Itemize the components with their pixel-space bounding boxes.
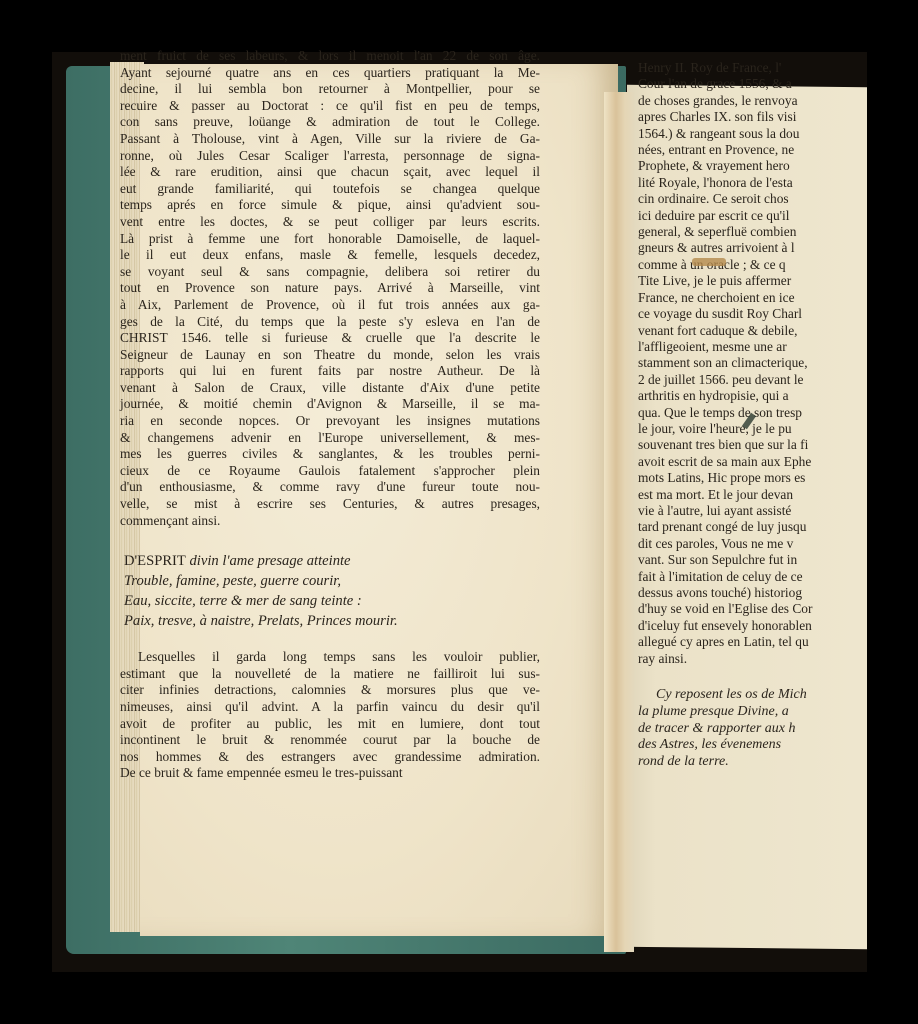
text-line: d'un enthousiasme, & comme ravy d'une fu… xyxy=(120,479,540,496)
quatrain: D'ESPRIT divin l'ame presage atteinte Tr… xyxy=(120,551,540,631)
verse-line: D'ESPRIT divin l'ame presage atteinte xyxy=(124,551,540,571)
text-line: CHRIST 1546. telle si furieuse & cruelle… xyxy=(120,330,540,347)
text-line: dessus avons touché) historiog xyxy=(638,585,868,601)
text-line: cieux de ce Royaume Gaulois fatalement s… xyxy=(120,463,540,480)
epitaph-line: rond de la terre. xyxy=(638,754,868,771)
text-line: Cour l'an de grace 1556, & a xyxy=(638,76,868,92)
text-line: Tite Live, je le puis affermer xyxy=(638,273,868,289)
text-line: decine, il lui sembla bon retourner à Mo… xyxy=(120,81,540,98)
verse-line: Eau, siccite, terre & mer de sang teinte… xyxy=(124,591,540,611)
text-line: nimeuses, ainsi qu'il advint. A la parfi… xyxy=(120,699,540,716)
paper-stain xyxy=(692,258,726,266)
text-line: ray ainsi. xyxy=(638,651,868,667)
verse-initial: D'ESPRIT xyxy=(124,553,186,569)
text-line: ronne, où Jules Cesar Scaliger l'arresta… xyxy=(120,148,540,165)
text-line: citer infinies detractions, calomnies & … xyxy=(120,682,540,699)
text-line: l'affligeoient, mesme une ar xyxy=(638,339,868,355)
text-line: nos hommes & des estrangers avec grandes… xyxy=(120,749,540,766)
verse-text: divin l'ame presage atteinte xyxy=(189,553,350,569)
text-line: venant à Salon de Craux, ville distante … xyxy=(120,380,540,397)
text-line: stamment son an climacterique, xyxy=(638,355,868,371)
left-paragraph: ment fruict de ses labeurs, & lors il me… xyxy=(120,48,540,529)
text-line: à Aix, Parlement de Provence, où il fut … xyxy=(120,297,540,314)
book-gutter xyxy=(604,92,634,952)
text-line: ce voyage du susdit Roy Charl xyxy=(638,306,868,322)
text-line: venant fort caduque & debile, xyxy=(638,323,868,339)
text-line: d'huy se void en l'Eglise des Cor xyxy=(638,601,868,617)
text-line: Henry II. Roy de France, l' xyxy=(638,60,868,76)
text-line: dit ces paroles, Vous ne me v xyxy=(638,536,868,552)
text-line: de choses grandes, le renvoya xyxy=(638,93,868,109)
epitaph-line: la plume presque Divine, a xyxy=(638,704,868,721)
text-line: fait à l'imitation de celuy de ce xyxy=(638,569,868,585)
text-line: tard prenant congé de luy jusqu xyxy=(638,519,868,535)
text-line: incontinent le bruit & renommée courut p… xyxy=(120,732,540,749)
text-line: Ayant sejourné quatre ans en ces quartie… xyxy=(120,65,540,82)
text-line: vant. Sur son Sepulchre fut in xyxy=(638,552,868,568)
text-line: gneurs & autres arrivoient à l xyxy=(638,240,868,256)
text-line: le il eut deux enfans, masle & femelle, … xyxy=(120,247,540,264)
text-line: mes les guerres civiles & sanglantes, & … xyxy=(120,446,540,463)
text-line: con sans preuve, loüange & admiration de… xyxy=(120,114,540,131)
text-line: temps aprés en force simule & pique, ain… xyxy=(120,197,540,214)
text-line: se voyant seul & sans compagnie, deliber… xyxy=(120,264,540,281)
text-line: ici deduire par escrit ce qu'il xyxy=(638,208,868,224)
text-line: le jour, voire l'heure, je le pu xyxy=(638,421,868,437)
text-line: eut grande familiarité, qui toutefois se… xyxy=(120,181,540,198)
text-line: ria en seconde nopces. Or prevoyant les … xyxy=(120,413,540,430)
left-page-text: ment fruict de ses labeurs, & lors il me… xyxy=(120,48,540,782)
epitaph-line: des Astres, les évenemens xyxy=(638,737,868,754)
text-line: Lesquelles il garda long temps sans les … xyxy=(120,649,540,666)
text-line: France, ne cherchoient en ice xyxy=(638,290,868,306)
text-line: De ce bruit & fame empennée esmeu le tre… xyxy=(120,765,540,782)
text-line: rapports qui lui en furent faits par nos… xyxy=(120,363,540,380)
text-line: general, & seperfluë combien xyxy=(638,224,868,240)
text-line: souvenant tres bien que sur la fi xyxy=(638,437,868,453)
verse-line: Paix, tresve, à naistre, Prelats, Prince… xyxy=(124,611,540,631)
epitaph: Cy reposent les os de Michla plume presq… xyxy=(638,687,868,771)
text-line: arthritis en hydropisie, qui a xyxy=(638,388,868,404)
text-line: lée & rare erudition, ainsi que chacun s… xyxy=(120,164,540,181)
text-line: Passant à Tholouse, vint à Agen, Ville s… xyxy=(120,131,540,148)
text-line: Prophete, & vrayement hero xyxy=(638,158,868,174)
epitaph-line: de tracer & rapporter aux h xyxy=(638,721,868,738)
text-line: allegué cy apres en Latin, tel qu xyxy=(638,634,868,650)
text-line: nées, entrant en Provence, ne xyxy=(638,142,868,158)
closing-paragraph: Lesquelles il garda long temps sans les … xyxy=(120,649,540,782)
text-line: 1564.) & rangeant sous la dou xyxy=(638,126,868,142)
right-paragraph: Henry II. Roy de France, l'Cour l'an de … xyxy=(638,60,868,667)
verse-line: Trouble, famine, peste, guerre courir, xyxy=(124,571,540,591)
text-line: & changemens advenir en l'Europe univers… xyxy=(120,430,540,447)
text-line: commençant ainsi. xyxy=(120,513,540,530)
text-line: estimant que la nouvelleté de la matiere… xyxy=(120,666,540,683)
epitaph-line: Cy reposent les os de Mich xyxy=(638,687,868,704)
text-line: Seigneur de Launay en son Theatre du mon… xyxy=(120,347,540,364)
text-line: est ma mort. Et le jour devan xyxy=(638,487,868,503)
text-line: comme à un oracle ; & ce q xyxy=(638,257,868,273)
text-line: vie à l'autre, lui ayant assisté xyxy=(638,503,868,519)
text-line: recuire & passer au Doctorat : ce qu'il … xyxy=(120,98,540,115)
text-line: lité Royale, l'honora de l'esta xyxy=(638,175,868,191)
text-line: cin ordinaire. Ce seroit chos xyxy=(638,191,868,207)
text-line: vent entre les doctes, & se peut collige… xyxy=(120,214,540,231)
text-line: avoit escrit de sa main aux Ephe xyxy=(638,454,868,470)
text-line: ment fruict de ses labeurs, & lors il me… xyxy=(120,48,540,65)
text-line: velle, se mist à escrire ses Centuries, … xyxy=(120,496,540,513)
text-line: avoit de profiter au public, les mit en … xyxy=(120,716,540,733)
text-line: journée, & moitié chemin d'Avignon & Mar… xyxy=(120,396,540,413)
text-line: tout en Provence son nature pays. Arrivé… xyxy=(120,280,540,297)
text-line: mots Latins, Hic prope mors es xyxy=(638,470,868,486)
text-line: 2 de juillet 1566. peu devant le xyxy=(638,372,868,388)
text-line: ges de la Cité, du temps que la peste s'… xyxy=(120,314,540,331)
text-line: apres Charles IX. son fils visi xyxy=(638,109,868,125)
scan-border xyxy=(867,0,918,1024)
text-line: d'iceluy fut ensevely honorablen xyxy=(638,618,868,634)
text-line: Là prist à femme une fort honorable Damo… xyxy=(120,231,540,248)
